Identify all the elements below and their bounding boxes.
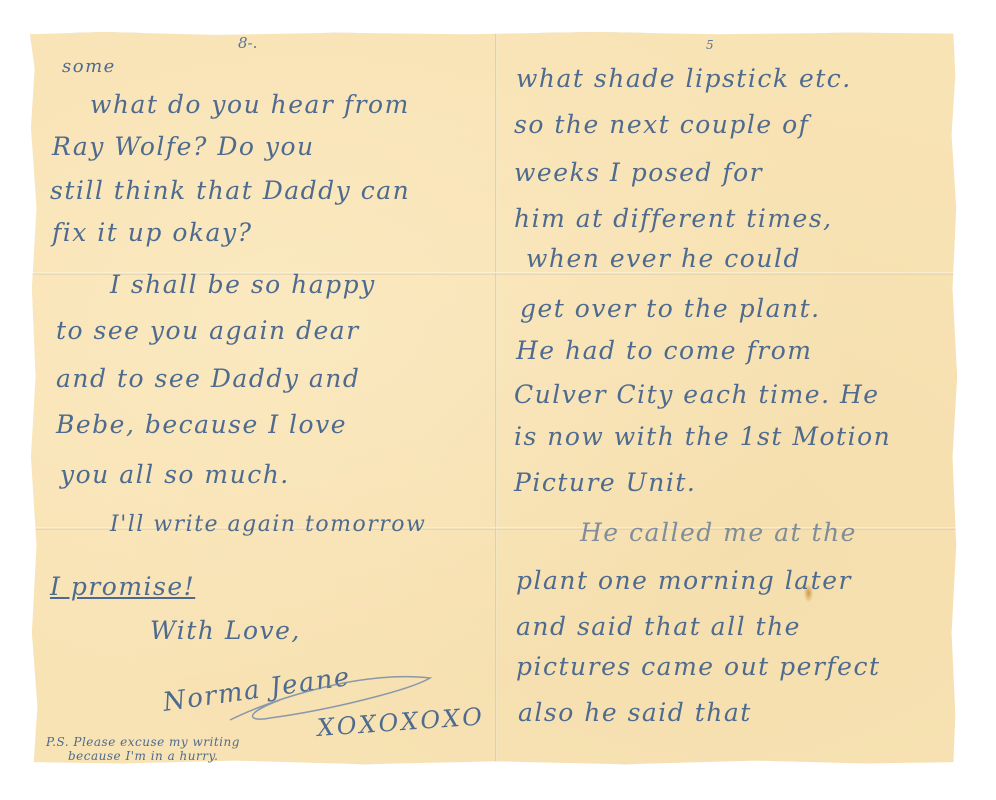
letter-line: weeks I posed for <box>514 160 763 185</box>
letter-line: also he said that <box>518 700 752 725</box>
letter-line: is now with the 1st Motion <box>514 424 891 449</box>
letter-line: get over to the plant. <box>520 296 821 321</box>
letter-line: and said that all the <box>516 614 801 639</box>
page-number: 5 <box>706 38 714 52</box>
letter-line: He called me at the <box>580 520 857 545</box>
right-page: 5 what shade lipstick etc. so the next c… <box>0 0 996 800</box>
letter-line: when ever he could <box>526 246 801 271</box>
letter-line: him at different times, <box>514 206 833 231</box>
letter-line: pictures came out perfect <box>516 654 881 679</box>
letter-line: plant one morning later <box>516 568 852 593</box>
letter-line: He had to come from <box>516 338 813 363</box>
letter-line: what shade lipstick etc. <box>516 66 852 91</box>
letter-line: so the next couple of <box>514 112 809 137</box>
letter-line: Culver City each time. He <box>514 382 880 407</box>
letter-line: Picture Unit. <box>514 470 696 495</box>
